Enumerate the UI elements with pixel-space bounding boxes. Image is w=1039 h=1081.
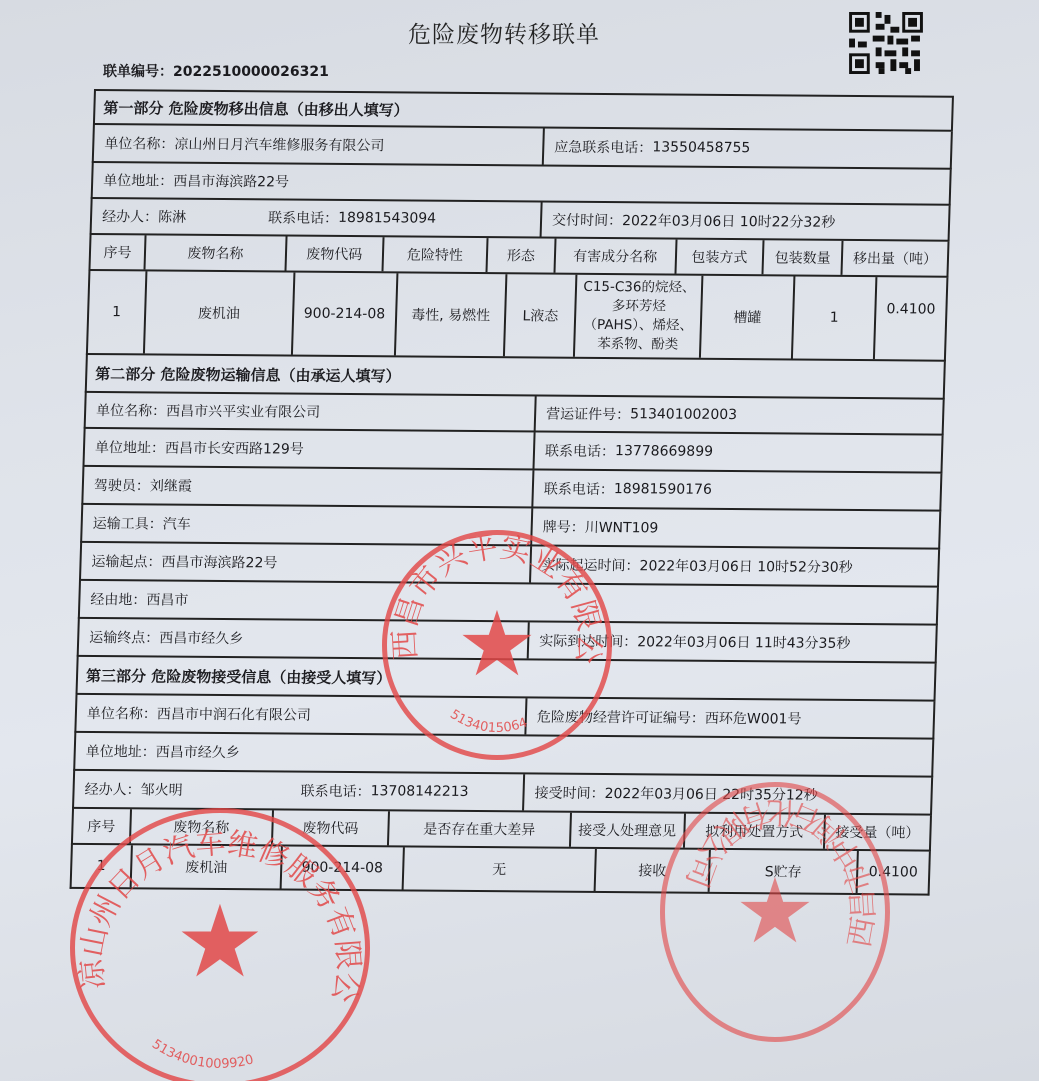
part1-cell-no: 1: [88, 271, 147, 353]
part1-col-header: 有害成分名称: [555, 239, 677, 274]
part1-cell-hazard: 毒性, 易燃性: [396, 273, 508, 356]
part2-unit-name-label: 单位名称：: [96, 400, 167, 421]
part2-plate: 川WNT109: [584, 517, 658, 538]
part1-emergency-phone: 13550458755: [652, 139, 750, 156]
part2-address: 西昌市长安西路129号: [165, 438, 304, 459]
part2-origin: 西昌市海滨路22号: [161, 552, 277, 573]
part3-col-header: 接受量（吨）: [825, 815, 930, 850]
part1-address-label: 单位地址：: [103, 170, 174, 191]
part3-cell-discrepancy: 无: [404, 847, 597, 890]
part2-driver-phone: 18981590176: [614, 481, 712, 498]
part1-phone-label: 联系电话：: [268, 207, 339, 228]
svg-text:5134001009920: 5134001009920: [149, 1037, 255, 1072]
part3-cell-no: 1: [72, 845, 133, 887]
part3-table-row: 1废机油900-214-08无接收S贮存0.4100: [70, 845, 931, 896]
part2-phone-label: 联系电话：: [545, 441, 616, 462]
part2-origin-cell: 运输起点：西昌市海滨路22号: [81, 543, 532, 583]
part1-col-header: 包装方式: [676, 240, 765, 275]
part1-col-header: 包装数量: [764, 240, 844, 275]
part2-phone: 13778669899: [615, 443, 713, 460]
part2-destination-label: 运输终点：: [89, 627, 160, 648]
serial-label: 联单编号：: [103, 64, 173, 80]
part2-via-label: 经由地：: [90, 589, 147, 609]
part3-handler-label: 经办人：: [84, 779, 141, 799]
part2-license-label: 营运证件号：: [546, 404, 631, 425]
part2-driver-phone-label: 联系电话：: [544, 479, 615, 500]
part1-delivery-cell: 交付时间：2022年03月06日 10时22分32秒: [542, 203, 949, 240]
part3-permit-label: 危险废物经营许可证编号：: [537, 707, 706, 728]
part2-vehicle-cell: 运输工具：汽车: [82, 505, 533, 545]
part2-via-cell: 经由地：西昌市: [80, 581, 937, 624]
part3-col-header: 拟利用处置方式: [685, 814, 826, 849]
part1-handler-cell: 经办人：陈淋联系电话：18981543094: [92, 199, 543, 237]
part2-driver-phone-cell: 联系电话：18981590176: [533, 470, 940, 509]
part2-departure-label: 实际起运时间：: [541, 555, 640, 576]
part3-permit-cell: 危险废物经营许可证编号：西环危W001号: [526, 698, 933, 737]
part2-arrival-label: 实际到达时间：: [539, 631, 638, 652]
part1-cell-code: 900-214-08: [293, 273, 399, 356]
part1-col-header: 移出量（吨）: [842, 241, 947, 276]
part2-departure-cell: 实际起运时间：2022年03月06日 10时52分30秒: [531, 546, 938, 585]
part2-origin-label: 运输起点：: [91, 551, 162, 572]
part2-license-cell: 营运证件号：513401002003: [536, 396, 943, 433]
part1-cell-package-count: 1: [793, 277, 877, 360]
transfer-form: 第一部分 危险废物移出信息（由移出人填写） 单位名称：凉山州日月汽车维修服务有限…: [70, 89, 954, 896]
part3-permit: 西环危W001号: [705, 708, 802, 729]
part2-vehicle-label: 运输工具：: [92, 513, 163, 534]
part3-col-header: 废物名称: [131, 809, 274, 844]
part2-driver-label: 驾驶员：: [94, 475, 151, 495]
document-title: 危险废物转移联单: [408, 16, 600, 49]
part1-col-header: 危险特性: [383, 237, 488, 272]
part1-col-header: 废物名称: [145, 235, 287, 270]
generator-stamp-number: 5134001009920: [149, 1037, 255, 1072]
part3-cell-name: 废机油: [132, 845, 283, 888]
part2-phone-cell: 联系电话：13778669899: [535, 432, 942, 471]
part1-header: 第一部分 危险废物移出信息（由移出人填写）: [95, 91, 952, 130]
part3-phone: 13708142213: [370, 783, 468, 800]
part1-address-cell: 单位地址：西昌市海滨路22号: [93, 163, 950, 204]
part2-plate-cell: 牌号：川WNT109: [532, 508, 939, 547]
part2-plate-label: 牌号：: [542, 517, 585, 537]
part3-col-header: 是否存在重大差异: [389, 811, 572, 846]
part3-unit-name-label: 单位名称：: [87, 703, 158, 724]
part2-arrival-cell: 实际到达时间：2022年03月06日 11时43分35秒: [529, 622, 936, 661]
part3-unit-name: 西昌市中润石化有限公司: [157, 704, 312, 725]
part2-via: 西昌市: [146, 589, 189, 609]
part2-unit-name-cell: 单位名称：西昌市兴平实业有限公司: [86, 393, 537, 431]
part1-cell-packaging: 槽罐: [701, 276, 795, 359]
star-icon: ★: [175, 892, 265, 992]
part3-cell-code: 900-214-08: [282, 847, 405, 890]
part1-cell-components: C15-C36的烷烃、多环芳烃（PAHS）、烯烃、苯系物、酚类: [575, 275, 703, 358]
part3-header: 第三部分 危险废物接受信息（由接受人填写）: [78, 657, 935, 700]
part3-address: 西昌市经久乡: [155, 742, 240, 763]
part1-emergency-cell: 应急联系电话：13550458755: [544, 129, 951, 168]
part3-receive-time: 2022年03月06日 22时35分12秒: [604, 783, 818, 805]
part1-col-header: 形态: [488, 238, 557, 273]
part1-delivery-label: 交付时间：: [552, 210, 623, 231]
part1-handler: 陈淋: [158, 207, 269, 228]
part3-col-header: 接受人处理意见: [571, 813, 686, 848]
part3-cell-amount: 0.4100: [858, 851, 929, 894]
part2-driver-cell: 驾驶员：刘继霞: [83, 467, 534, 507]
part1-unit-name-label: 单位名称：: [104, 133, 175, 154]
part1-cell-amount: 0.4100: [875, 277, 947, 360]
part1-table-row: 1废机油900-214-08毒性, 易燃性L液态C15-C36的烷烃、多环芳烃（…: [86, 271, 949, 362]
part1-col-header: 序号: [91, 235, 147, 269]
part2-license: 513401002003: [630, 406, 737, 423]
part1-delivery-time: 2022年03月06日 10时22分32秒: [622, 210, 836, 232]
part3-address-cell: 单位地址：西昌市经久乡: [75, 733, 932, 776]
part3-col-header: 序号: [73, 809, 132, 843]
serial-number: 联单编号：2022510000026321: [103, 61, 329, 81]
part1-emergency-label: 应急联系电话：: [554, 137, 653, 158]
part2-unit-name: 西昌市兴平实业有限公司: [166, 401, 321, 422]
part1-handler-label: 经办人：: [102, 206, 159, 226]
part2-departure: 2022年03月06日 10时52分30秒: [639, 555, 853, 577]
part1-unit-name: 凉山州日月汽车维修服务有限公司: [174, 134, 385, 156]
part2-address-label: 单位地址：: [95, 437, 166, 458]
part2-destination: 西昌市经久乡: [159, 628, 244, 649]
part3-receive-label: 接受时间：: [534, 782, 605, 803]
part1-col-header: 废物代码: [286, 237, 384, 272]
part3-phone-label: 联系电话：: [300, 781, 371, 802]
part2-destination-cell: 运输终点：西昌市经久乡: [79, 619, 530, 659]
part2-vehicle: 汽车: [162, 514, 191, 534]
document-page: 危险废物转移联单 联单编号：2022510000026321 第一部分 危险废物…: [0, 0, 1039, 1081]
part3-col-header: 废物代码: [273, 810, 390, 845]
part1-cell-name: 废机油: [145, 271, 295, 354]
part3-handler: 邹火明: [140, 779, 301, 800]
part3-cell-opinion: 接收: [596, 849, 711, 892]
part2-driver: 刘继霞: [150, 475, 193, 495]
part1-phone: 18981543094: [338, 210, 436, 227]
part3-cell-disposal: S贮存: [710, 850, 859, 893]
part2-arrival: 2022年03月06日 11时43分35秒: [637, 631, 851, 653]
part3-handler-cell: 经办人：邹火明联系电话：13708142213: [74, 771, 525, 811]
part1-cell-form: L液态: [505, 274, 578, 357]
part3-address-label: 单位地址：: [85, 741, 156, 762]
part2-address-cell: 单位地址：西昌市长安西路129号: [85, 429, 536, 469]
serial-value: 2022510000026321: [173, 64, 329, 80]
part2-header: 第二部分 危险废物运输信息（由承运人填写）: [87, 355, 944, 398]
part3-unit-name-cell: 单位名称：西昌市中润石化有限公司: [76, 695, 527, 735]
part1-address: 西昌市海滨路22号: [173, 171, 289, 192]
part1-unit-name-cell: 单位名称：凉山州日月汽车维修服务有限公司: [94, 125, 545, 165]
part3-receive-cell: 接受时间：2022年03月06日 22时35分12秒: [524, 774, 931, 813]
qr-code-icon: [848, 12, 924, 74]
